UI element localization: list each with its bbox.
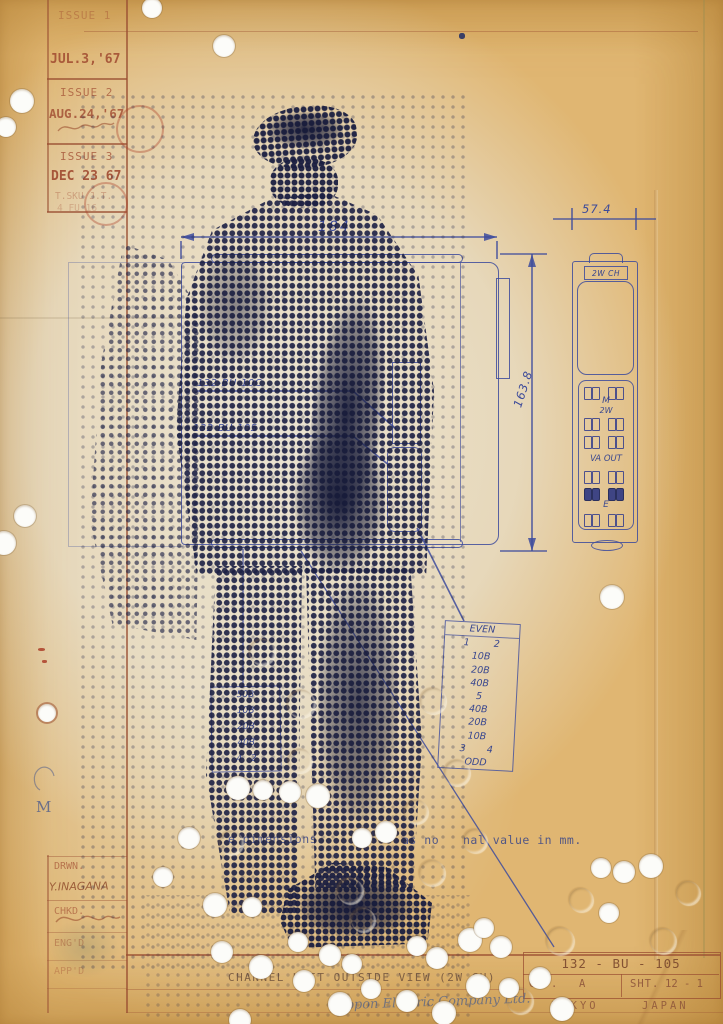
punched-hole-ringed [38,704,56,722]
drawing-sheet: ISSUE 1 JUL.3,'67 ISSUE 2 AUG.24,'67 ISS… [0,0,723,1024]
blueprint-linework [0,0,723,1024]
